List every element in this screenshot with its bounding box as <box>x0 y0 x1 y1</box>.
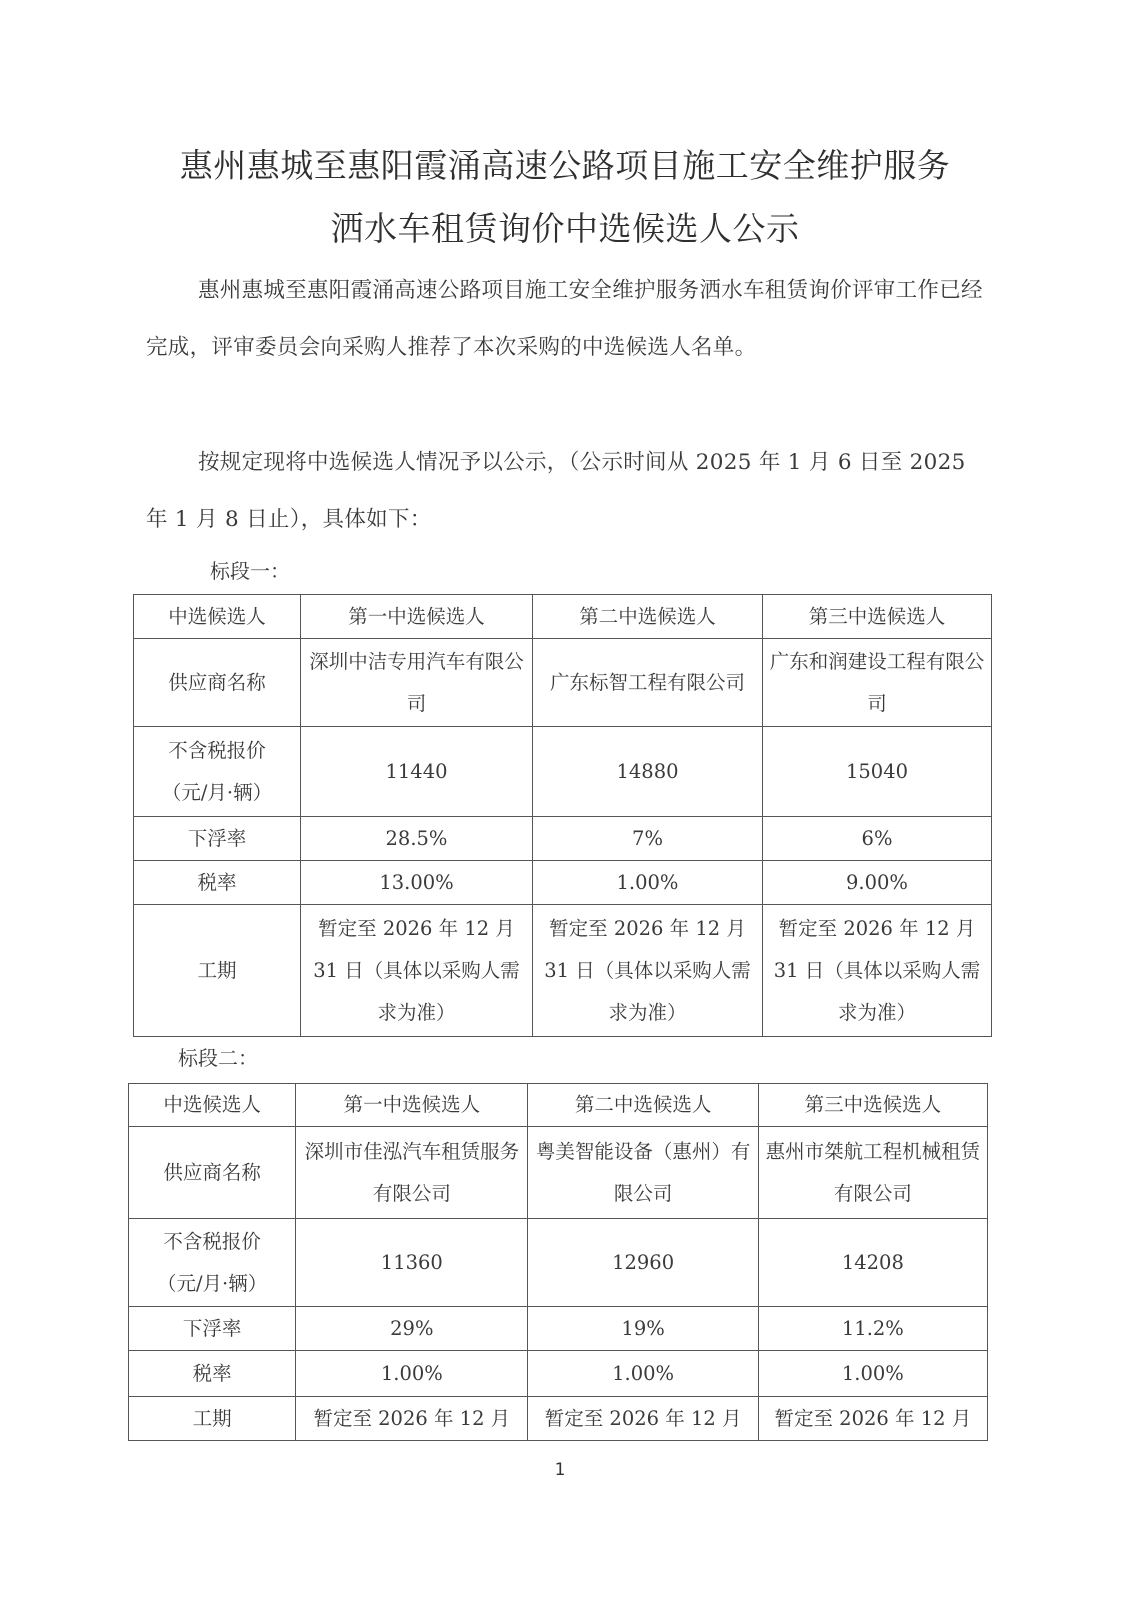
table-header-row: 中选候选人 第一中选候选人 第二中选候选人 第三中选候选人 <box>134 595 992 639</box>
row-label-line2: （元/月·辆） <box>138 772 296 814</box>
table-row-period: 工期 暂定至 2026 年 12 月 暂定至 2026 年 12 月 暂定至 2… <box>129 1397 988 1441</box>
row-label-line1: 不含税报价 <box>133 1221 291 1263</box>
price-value: 12960 <box>528 1219 758 1307</box>
table-row-tax: 税率 1.00% 1.00% 1.00% <box>129 1351 988 1397</box>
discount-value: 19% <box>528 1307 758 1351</box>
section1-table: 中选候选人 第一中选候选人 第二中选候选人 第三中选候选人 供应商名称 深圳中洁… <box>133 594 992 1037</box>
row-label: 供应商名称 <box>134 639 301 727</box>
supplier-name: 深圳中洁专用汽车有限公司 <box>301 639 533 727</box>
tax-value: 13.00% <box>301 861 533 905</box>
discount-value: 11.2% <box>758 1307 987 1351</box>
header-cell: 中选候选人 <box>134 595 301 639</box>
period-value: 暂定至 2026 年 12 月 <box>528 1397 758 1441</box>
discount-value: 29% <box>296 1307 528 1351</box>
row-label: 工期 <box>129 1397 296 1441</box>
supplier-name: 粤美智能设备（惠州）有限公司 <box>528 1127 758 1219</box>
period-value: 暂定至 2026 年 12 月 31 日（具体以采购人需求为准） <box>301 905 533 1037</box>
table-row-discount: 下浮率 29% 19% 11.2% <box>129 1307 988 1351</box>
tax-value: 1.00% <box>296 1351 528 1397</box>
header-cell: 第三中选候选人 <box>763 595 992 639</box>
section1-label: 标段一： <box>210 555 290 584</box>
price-value: 14880 <box>533 727 763 817</box>
period-value: 暂定至 2026 年 12 月 <box>296 1397 528 1441</box>
tax-value: 1.00% <box>758 1351 987 1397</box>
document-title-line1: 惠州惠城至惠阳霞涌高速公路项目施工安全维护服务 <box>0 140 1130 187</box>
price-value: 15040 <box>763 727 992 817</box>
tax-value: 1.00% <box>528 1351 758 1397</box>
section2-label: 标段二： <box>178 1042 258 1071</box>
supplier-name: 广东标智工程有限公司 <box>533 639 763 727</box>
table-row-discount: 下浮率 28.5% 7% 6% <box>134 817 992 861</box>
table-row-price: 不含税报价 （元/月·辆） 11440 14880 15040 <box>134 727 992 817</box>
table-row-tax: 税率 13.00% 1.00% 9.00% <box>134 861 992 905</box>
period-value: 暂定至 2026 年 12 月 31 日（具体以采购人需求为准） <box>533 905 763 1037</box>
row-label: 工期 <box>134 905 301 1037</box>
table-header-row: 中选候选人 第一中选候选人 第二中选候选人 第三中选候选人 <box>129 1084 988 1127</box>
row-label-line1: 不含税报价 <box>138 730 296 772</box>
discount-value: 7% <box>533 817 763 861</box>
section2-table: 中选候选人 第一中选候选人 第二中选候选人 第三中选候选人 供应商名称 深圳市佳… <box>128 1083 988 1441</box>
price-value: 11360 <box>296 1219 528 1307</box>
supplier-name: 惠州市桀航工程机械租赁有限公司 <box>758 1127 987 1219</box>
discount-value: 6% <box>763 817 992 861</box>
period-value: 暂定至 2026 年 12 月 <box>758 1397 987 1441</box>
table-row-price: 不含税报价 （元/月·辆） 11360 12960 14208 <box>129 1219 988 1307</box>
price-value: 11440 <box>301 727 533 817</box>
row-label: 供应商名称 <box>129 1127 296 1219</box>
tax-value: 9.00% <box>763 861 992 905</box>
header-cell: 第二中选候选人 <box>533 595 763 639</box>
header-cell: 第三中选候选人 <box>758 1084 987 1127</box>
table-row-supplier: 供应商名称 深圳市佳泓汽车租赁服务有限公司 粤美智能设备（惠州）有限公司 惠州市… <box>129 1127 988 1219</box>
page-number: 1 <box>0 1460 1120 1480</box>
intro-paragraph: 惠州惠城至惠阳霞涌高速公路项目施工安全维护服务洒水车租赁询价评审工作已经完成，评… <box>146 262 986 376</box>
tax-value: 1.00% <box>533 861 763 905</box>
header-cell: 第一中选候选人 <box>296 1084 528 1127</box>
header-cell: 第二中选候选人 <box>528 1084 758 1127</box>
row-label-line2: （元/月·辆） <box>133 1263 291 1305</box>
table-row-supplier: 供应商名称 深圳中洁专用汽车有限公司 广东标智工程有限公司 广东和润建设工程有限… <box>134 639 992 727</box>
price-value: 14208 <box>758 1219 987 1307</box>
table-row-period: 工期 暂定至 2026 年 12 月 31 日（具体以采购人需求为准） 暂定至 … <box>134 905 992 1037</box>
document-title-line2: 洒水车租赁询价中选候选人公示 <box>0 203 1130 250</box>
discount-value: 28.5% <box>301 817 533 861</box>
period-value: 暂定至 2026 年 12 月 31 日（具体以采购人需求为准） <box>763 905 992 1037</box>
row-label: 税率 <box>129 1351 296 1397</box>
header-cell: 第一中选候选人 <box>301 595 533 639</box>
row-label: 不含税报价 （元/月·辆） <box>129 1219 296 1307</box>
row-label: 下浮率 <box>134 817 301 861</box>
row-label: 下浮率 <box>129 1307 296 1351</box>
supplier-name: 深圳市佳泓汽车租赁服务有限公司 <box>296 1127 528 1219</box>
announcement-paragraph: 按规定现将中选候选人情况予以公示，（公示时间从 2025 年 1 月 6 日至 … <box>146 434 986 548</box>
row-label: 不含税报价 （元/月·辆） <box>134 727 301 817</box>
supplier-name: 广东和润建设工程有限公司 <box>763 639 992 727</box>
row-label: 税率 <box>134 861 301 905</box>
header-cell: 中选候选人 <box>129 1084 296 1127</box>
